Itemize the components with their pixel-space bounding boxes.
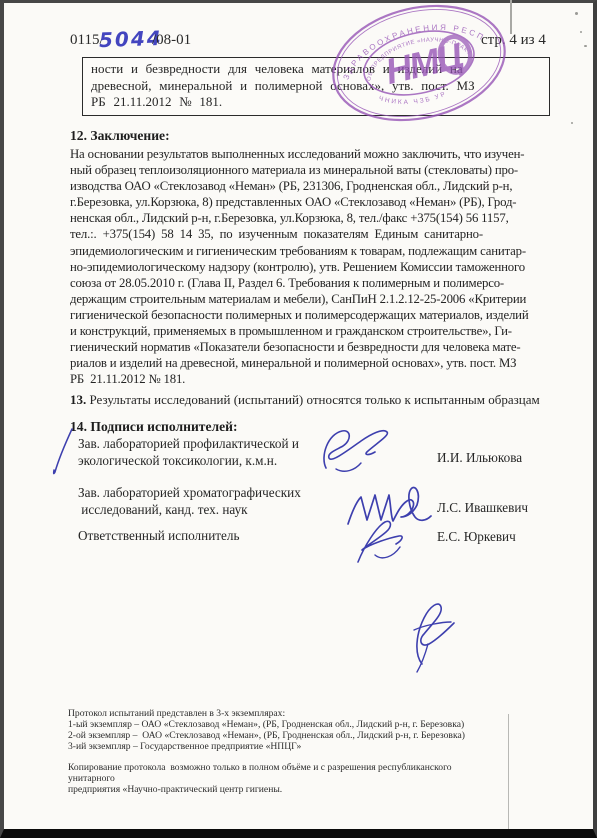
signatory-name: Е.С. Юркевич <box>437 529 516 545</box>
signature-autograph-ilyukova <box>316 424 404 476</box>
stamp-center-monogram: НМЦ <box>382 35 467 92</box>
signatory-role: Зав. лабораторией профилактической и эко… <box>78 436 299 470</box>
dust-speck <box>580 31 582 33</box>
signature-autograph-extra <box>392 596 464 680</box>
footer-copyright-note: Копирование протокола возможно только в … <box>68 762 498 796</box>
section-13-text: Результаты исследований (испытаний) отно… <box>86 392 539 407</box>
footer-copy-item: 2-ой экземпляр – ОАО «Стеклозавод «Неман… <box>68 730 465 741</box>
footer-copy-item: 1-ый экземпляр – ОАО «Стеклозавод «Неман… <box>68 719 464 730</box>
footer-copies-title: Протокол испытаний представлен в 3-х экз… <box>68 708 285 719</box>
section-12-body: На основании результатов выполненных исс… <box>70 146 551 387</box>
signatory-role: Зав. лабораторией хроматографических исс… <box>78 485 301 519</box>
protocol-number-suffix: /08-01 <box>152 32 191 49</box>
dust-speck <box>584 45 587 47</box>
page-edge-line-top <box>510 0 512 34</box>
dust-speck <box>575 12 578 15</box>
scanned-protocol-page: 0115/ 5044 /08-01 стр. 4 из 4 ности и бе… <box>0 0 597 838</box>
section-13-line: 13. Результаты исследований (испытаний) … <box>70 392 552 408</box>
section-13-number: 13. <box>70 392 86 407</box>
official-stamp: ЗДРАВООХРАНЕНИЯ РЕСП ОЕ ПРЕДПРИЯТИЕ «НАУ… <box>327 3 511 123</box>
signatory-name: Л.С. Ивашкевич <box>437 500 528 516</box>
signatory-role: Ответственный исполнитель <box>78 528 239 545</box>
margin-pen-mark <box>50 426 78 478</box>
dust-speck <box>571 122 573 124</box>
signatory-name: И.И. Ильюкова <box>437 450 522 466</box>
section-14-heading: 14. Подписи исполнителей: <box>70 419 238 435</box>
section-12-heading: 12. Заключение: <box>70 128 170 144</box>
page-edge-line-bottom <box>508 714 509 829</box>
signature-autograph-yurkevich <box>348 516 414 568</box>
footer-copy-item: 3-ий экземпляр – Государственное предпри… <box>68 741 301 752</box>
